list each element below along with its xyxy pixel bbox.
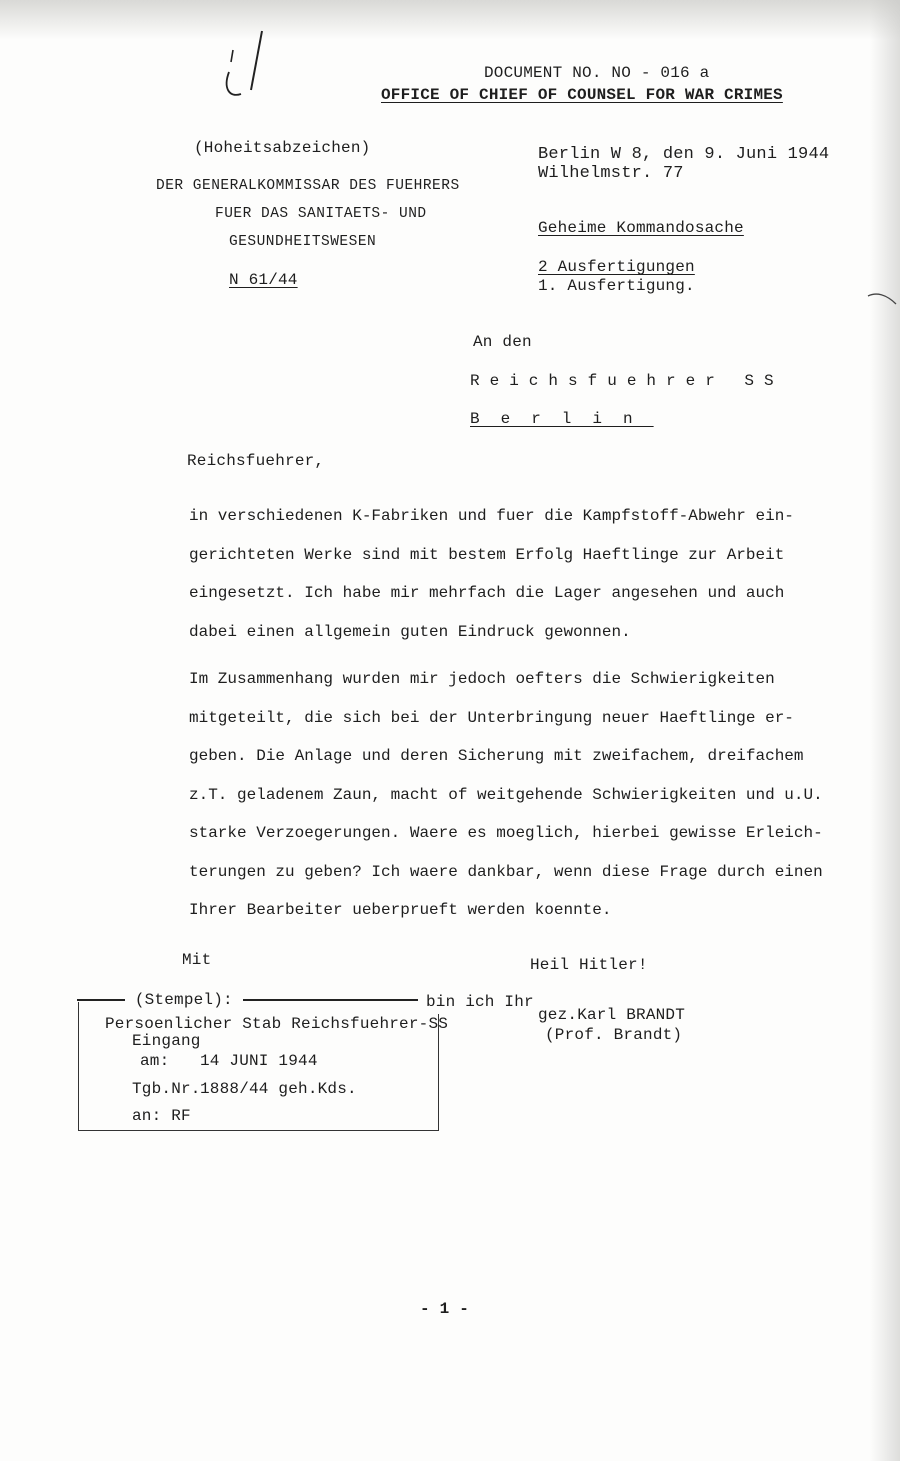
stamp-office: Persoenlicher Stab Reichsfuehrer-SS	[105, 1015, 448, 1033]
paragraph-2-line: starke Verzoegerungen. Waere es moeglich…	[189, 814, 809, 853]
stamp-tgb-label: Tgb.Nr.	[132, 1080, 201, 1098]
addressee-name: Reichsfuehrer SS	[470, 372, 784, 390]
classification-label: Geheime Kommandosache	[538, 219, 744, 237]
salutation: Reichsfuehrer,	[187, 452, 324, 470]
paragraph-2-line: z.T. geladenem Zaun, macht of weitgehend…	[189, 776, 809, 815]
margin-mark-icon	[866, 288, 900, 310]
stamp-an: an: RF	[132, 1107, 191, 1125]
sender-title-line1: DER GENERALKOMMISSAR DES FUEHRERS	[156, 178, 460, 194]
copies-count: 2 Ausfertigungen	[538, 258, 695, 276]
closing-greeting: Heil Hitler!	[530, 956, 648, 974]
street-address: Wilhelmstr. 77	[538, 164, 684, 183]
sender-title-line2: FUER DAS SANITAETS- UND	[215, 206, 427, 222]
paragraph-1-line: in verschiedenen K-Fabriken und fuer die…	[189, 497, 809, 536]
stamp-eingang: Eingang	[132, 1032, 201, 1050]
reference-number: N 61/44	[229, 271, 298, 289]
paragraph-1-line: dabei einen allgemein guten Eindruck gew…	[189, 613, 809, 652]
stamp-rule-left	[77, 999, 125, 1001]
paragraph-2-line: Ihrer Bearbeiter ueberprueft werden koen…	[189, 891, 809, 930]
paragraph-2-line: terungen zu geben? Ich waere dankbar, we…	[189, 853, 809, 892]
closing-mit: Mit	[182, 951, 211, 969]
place-date: Berlin W 8, den 9. Juni 1944	[538, 145, 829, 164]
signature-title: (Prof. Brandt)	[545, 1026, 682, 1044]
paragraph-2-line: mitgeteilt, die sich bei der Unterbringu…	[189, 699, 809, 738]
sender-title-line3: GESUNDHEITSWESEN	[229, 234, 376, 250]
signature: gez.Karl BRANDT	[538, 1006, 685, 1024]
paragraph-1-line: eingesetzt. Ich habe mir mehrfach die La…	[189, 574, 809, 613]
page-number: - 1 -	[420, 1300, 469, 1318]
stamp-am-value: 14 JUNI 1944	[200, 1052, 318, 1070]
paper-shadow-right	[870, 0, 900, 1461]
paragraph-2-line: Im Zusammenhang wurden mir jedoch oefter…	[189, 660, 809, 699]
document-number: DOCUMENT NO. NO - 016 a	[484, 64, 709, 82]
closing-bin-ich-ihr: bin ich Ihr	[426, 993, 534, 1011]
paragraph-2-line: geben. Die Anlage und deren Sicherung mi…	[189, 737, 809, 776]
addressee-city: Berlin	[470, 410, 654, 428]
handwritten-mark-icon	[215, 28, 275, 103]
addressee-prefix: An den	[473, 333, 532, 351]
paper-shadow-top	[0, 0, 900, 40]
stamp-am-label: am:	[140, 1052, 169, 1070]
document-page: DOCUMENT NO. NO - 016 a OFFICE OF CHIEF …	[0, 0, 900, 1461]
office-heading: OFFICE OF CHIEF OF COUNSEL FOR WAR CRIME…	[381, 86, 783, 104]
body-paragraph-1: in verschiedenen K-Fabriken und fuer die…	[189, 497, 809, 651]
emblem-note: (Hoheitsabzeichen)	[194, 139, 370, 157]
body-paragraph-2: Im Zusammenhang wurden mir jedoch oefter…	[189, 660, 809, 930]
stamp-rule-right	[243, 999, 418, 1001]
paragraph-1-line: gerichteten Werke sind mit bestem Erfolg…	[189, 536, 809, 575]
stamp-tgb-value: 1888/44 geh.Kds.	[200, 1080, 357, 1098]
copy-number: 1. Ausfertigung.	[538, 277, 695, 295]
